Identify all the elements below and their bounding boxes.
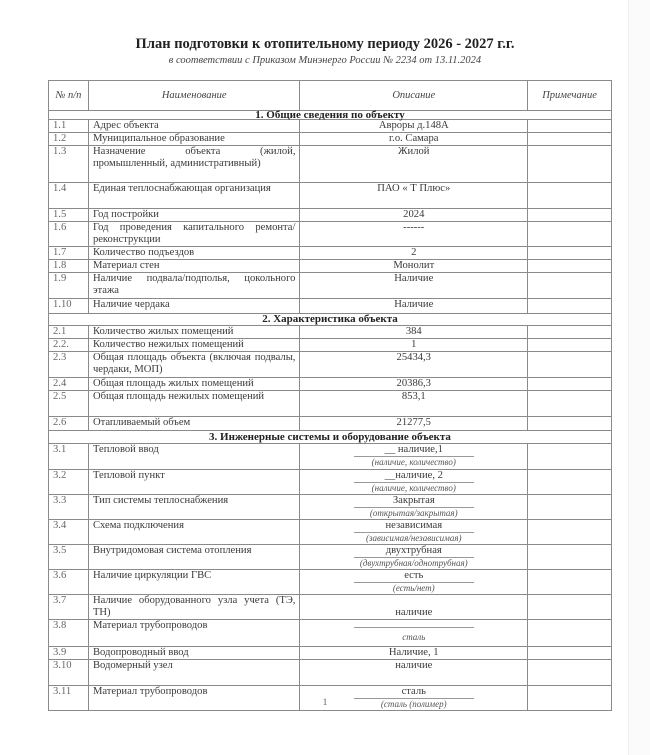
table-row: 2.2.Количество нежилых помещений1 <box>49 339 612 352</box>
description-value: Авроры д.148А <box>379 120 449 131</box>
row-name: Количество жилых помещений <box>88 326 300 339</box>
row-note <box>528 391 612 417</box>
row-name: Внутридомовая система отопления <box>88 545 300 570</box>
row-description: __ наличие,1(наличие, количество) <box>300 444 528 470</box>
row-name: Назначение объекта (жилой, промышленный,… <box>88 146 300 183</box>
row-description: ------ <box>300 222 528 247</box>
table-row: 1.10Наличие чердакаНаличие <box>49 299 612 314</box>
description-value: 25434,3 <box>397 352 431 363</box>
table-header-row: № п/п Наименование Описание Примечание <box>49 81 612 111</box>
row-note <box>528 133 612 146</box>
description-value: __наличие, 2 <box>354 470 474 483</box>
row-name: Единая теплоснабжающая организация <box>88 183 300 209</box>
section-title: 3. Инженерные системы и оборудование объ… <box>49 431 612 444</box>
table-body: 1. Общие сведения по объекту1.1Адрес объ… <box>49 111 612 711</box>
row-name: Отапливаемый объем <box>88 417 300 431</box>
table-row: 2.6Отапливаемый объем21277,5 <box>49 417 612 431</box>
row-description: независимая(зависимая/независимая) <box>300 520 528 545</box>
table-row: 3.2Тепловой пункт__наличие, 2(наличие, к… <box>49 470 612 495</box>
description-value: Закрытая <box>354 495 474 508</box>
row-note <box>528 378 612 391</box>
table-row: 1.8Материал стенМонолит <box>49 260 612 273</box>
row-note <box>528 595 612 620</box>
row-description: 853,1 <box>300 391 528 417</box>
description-value: Монолит <box>393 260 434 271</box>
row-number: 3.8 <box>49 620 89 647</box>
row-name: Количество подъездов <box>88 247 300 260</box>
description-value: Наличие <box>394 273 433 284</box>
table-row: 2.5Общая площадь нежилых помещений853,1 <box>49 391 612 417</box>
table-row: 1.9Наличие подвала/подполья, цокольного … <box>49 273 612 299</box>
description-value: 384 <box>406 326 422 337</box>
row-name: Адрес объекта <box>88 120 300 133</box>
row-name: Тепловой пункт <box>88 470 300 495</box>
row-note <box>528 260 612 273</box>
row-number: 3.7 <box>49 595 89 620</box>
description-hint: (наличие, количество) <box>304 457 523 468</box>
description-value: 20386,3 <box>397 378 431 389</box>
description-value: 1 <box>411 339 416 350</box>
table-row: 3.7Наличие оборудованного узла учета (ТЭ… <box>49 595 612 620</box>
row-description: 2 <box>300 247 528 260</box>
row-number: 1.6 <box>49 222 89 247</box>
table-row: 1.7Количество подъездов2 <box>49 247 612 260</box>
row-name: Общая площадь объекта (включая подвалы, … <box>88 352 300 378</box>
description-hint: (двухтрубная/однотрубная) <box>304 558 523 569</box>
row-description: 25434,3 <box>300 352 528 378</box>
row-note <box>528 647 612 660</box>
row-description: 21277,5 <box>300 417 528 431</box>
row-name: Год постройки <box>88 209 300 222</box>
document-subtitle: в соответствии с Приказом Минэнерго Росс… <box>0 55 650 66</box>
row-description: Наличие <box>300 273 528 299</box>
row-number: 3.9 <box>49 647 89 660</box>
row-number: 3.2 <box>49 470 89 495</box>
row-name: Наличие циркуляции ГВС <box>88 570 300 595</box>
row-description: есть(есть/нет) <box>300 570 528 595</box>
row-number: 2.5 <box>49 391 89 417</box>
row-name: Материал трубопроводов <box>88 620 300 647</box>
row-description: сталь <box>300 620 528 647</box>
description-hint: (зависимая/независимая) <box>304 533 523 544</box>
row-description: 1 <box>300 339 528 352</box>
description-value: Наличие <box>394 299 433 310</box>
row-note <box>528 146 612 183</box>
row-note <box>528 570 612 595</box>
row-number: 1.1 <box>49 120 89 133</box>
table-row: 3.1Тепловой ввод__ наличие,1(наличие, ко… <box>49 444 612 470</box>
description-value: 853,1 <box>402 391 426 402</box>
row-name: Тип системы теплоснабжения <box>88 495 300 520</box>
description-hint: сталь <box>304 632 523 643</box>
table-row: 2.3Общая площадь объекта (включая подвал… <box>49 352 612 378</box>
row-note <box>528 520 612 545</box>
row-number: 1.4 <box>49 183 89 209</box>
row-note <box>528 545 612 570</box>
row-number: 3.10 <box>49 660 89 686</box>
row-name: Наличие чердака <box>88 299 300 314</box>
row-number: 3.3 <box>49 495 89 520</box>
row-note <box>528 352 612 378</box>
description-value: ПАО « Т Плюс» <box>377 183 450 194</box>
description-value: 2 <box>411 247 416 258</box>
description-value: 21277,5 <box>397 417 431 428</box>
row-name: Схема подключения <box>88 520 300 545</box>
row-number: 1.9 <box>49 273 89 299</box>
document-title: План подготовки к отопительному периоду … <box>0 36 650 53</box>
section-header: 2. Характеристика объекта <box>49 314 612 326</box>
row-description: Жилой <box>300 146 528 183</box>
row-description: ПАО « Т Плюс» <box>300 183 528 209</box>
row-name: Общая площадь нежилых помещений <box>88 391 300 417</box>
plan-table: № п/п Наименование Описание Примечание 1… <box>48 80 612 711</box>
table-row: 3.6Наличие циркуляции ГВСесть(есть/нет) <box>49 570 612 595</box>
table-row: 1.1Адрес объектаАвроры д.148А <box>49 120 612 133</box>
description-value: Наличие, 1 <box>389 647 439 658</box>
description-value: ------ <box>403 222 424 233</box>
row-description: Закрытая(открытая/закрытая) <box>300 495 528 520</box>
header-num: № п/п <box>49 81 89 111</box>
row-number: 3.1 <box>49 444 89 470</box>
row-note <box>528 183 612 209</box>
row-name: Тепловой ввод <box>88 444 300 470</box>
row-note <box>528 209 612 222</box>
row-number: 2.1 <box>49 326 89 339</box>
row-description: 2024 <box>300 209 528 222</box>
row-note <box>528 660 612 686</box>
row-number: 1.8 <box>49 260 89 273</box>
description-hint: (открытая/закрытая) <box>304 508 523 519</box>
row-description: __наличие, 2(наличие, количество) <box>300 470 528 495</box>
row-description: Авроры д.148А <box>300 120 528 133</box>
description-value: г.о. Самара <box>389 133 439 144</box>
row-name: Общая площадь жилых помещений <box>88 378 300 391</box>
section-header: 3. Инженерные системы и оборудование объ… <box>49 431 612 444</box>
table-row: 3.8Материал трубопроводовсталь <box>49 620 612 647</box>
row-number: 3.6 <box>49 570 89 595</box>
row-description: 384 <box>300 326 528 339</box>
row-note <box>528 120 612 133</box>
row-number: 1.7 <box>49 247 89 260</box>
header-note: Примечание <box>528 81 612 111</box>
row-number: 3.5 <box>49 545 89 570</box>
description-value: наличие <box>395 607 432 618</box>
row-note <box>528 273 612 299</box>
row-number: 1.10 <box>49 299 89 314</box>
row-note <box>528 326 612 339</box>
row-number: 1.2 <box>49 133 89 146</box>
description-value <box>354 627 474 628</box>
row-description: наличие <box>300 595 528 620</box>
row-note <box>528 417 612 431</box>
row-name: Год проведения капитального ремонта/реко… <box>88 222 300 247</box>
row-name: Водомерный узел <box>88 660 300 686</box>
table-row: 3.5Внутридомовая система отоплениядвухтр… <box>49 545 612 570</box>
row-number: 1.3 <box>49 146 89 183</box>
description-value: двухтрубная <box>354 545 474 558</box>
scan-page-edge <box>628 0 650 755</box>
row-number: 1.5 <box>49 209 89 222</box>
row-number: 3.4 <box>49 520 89 545</box>
description-value: 2024 <box>403 209 424 220</box>
table-row: 1.2Муниципальное образованиег.о. Самара <box>49 133 612 146</box>
description-value: Жилой <box>398 146 429 157</box>
row-note <box>528 339 612 352</box>
row-name: Количество нежилых помещений <box>88 339 300 352</box>
row-description: Наличие <box>300 299 528 314</box>
row-note <box>528 444 612 470</box>
row-description: Монолит <box>300 260 528 273</box>
table-row: 1.3Назначение объекта (жилой, промышленн… <box>49 146 612 183</box>
table-row: 1.6Год проведения капитального ремонта/р… <box>49 222 612 247</box>
header-name: Наименование <box>88 81 300 111</box>
description-value: наличие <box>395 660 432 671</box>
section-title: 1. Общие сведения по объекту <box>49 111 612 120</box>
row-name: Наличие подвала/подполья, цокольного эта… <box>88 273 300 299</box>
table-row: 1.4Единая теплоснабжающая организацияПАО… <box>49 183 612 209</box>
table-row: 3.3Тип системы теплоснабженияЗакрытая(от… <box>49 495 612 520</box>
row-number: 2.6 <box>49 417 89 431</box>
row-number: 2.4 <box>49 378 89 391</box>
table-row: 2.1Количество жилых помещений384 <box>49 326 612 339</box>
row-number: 2.2. <box>49 339 89 352</box>
row-note <box>528 470 612 495</box>
row-name: Наличие оборудованного узла учета (ТЭ, Т… <box>88 595 300 620</box>
description-hint: (наличие, количество) <box>304 483 523 494</box>
row-description: двухтрубная(двухтрубная/однотрубная) <box>300 545 528 570</box>
page-number: 1 <box>0 697 650 707</box>
row-description: г.о. Самара <box>300 133 528 146</box>
description-value: есть <box>354 570 474 583</box>
table-row: 1.5Год постройки2024 <box>49 209 612 222</box>
table-row: 3.10Водомерный узелналичие <box>49 660 612 686</box>
row-note <box>528 247 612 260</box>
description-value: __ наличие,1 <box>354 444 474 457</box>
row-name: Материал стен <box>88 260 300 273</box>
table-row: 2.4Общая площадь жилых помещений20386,3 <box>49 378 612 391</box>
row-note <box>528 222 612 247</box>
section-header: 1. Общие сведения по объекту <box>49 111 612 120</box>
row-note <box>528 620 612 647</box>
row-name: Муниципальное образование <box>88 133 300 146</box>
description-hint: (есть/нет) <box>304 583 523 594</box>
row-note <box>528 299 612 314</box>
table-row: 3.9Водопроводный вводНаличие, 1 <box>49 647 612 660</box>
header-desc: Описание <box>300 81 528 111</box>
row-note <box>528 495 612 520</box>
row-name: Водопроводный ввод <box>88 647 300 660</box>
section-title: 2. Характеристика объекта <box>49 314 612 326</box>
row-description: наличие <box>300 660 528 686</box>
row-description: Наличие, 1 <box>300 647 528 660</box>
row-description: 20386,3 <box>300 378 528 391</box>
table-row: 3.4Схема подключениянезависимая(зависима… <box>49 520 612 545</box>
description-value: независимая <box>354 520 474 533</box>
row-number: 2.3 <box>49 352 89 378</box>
